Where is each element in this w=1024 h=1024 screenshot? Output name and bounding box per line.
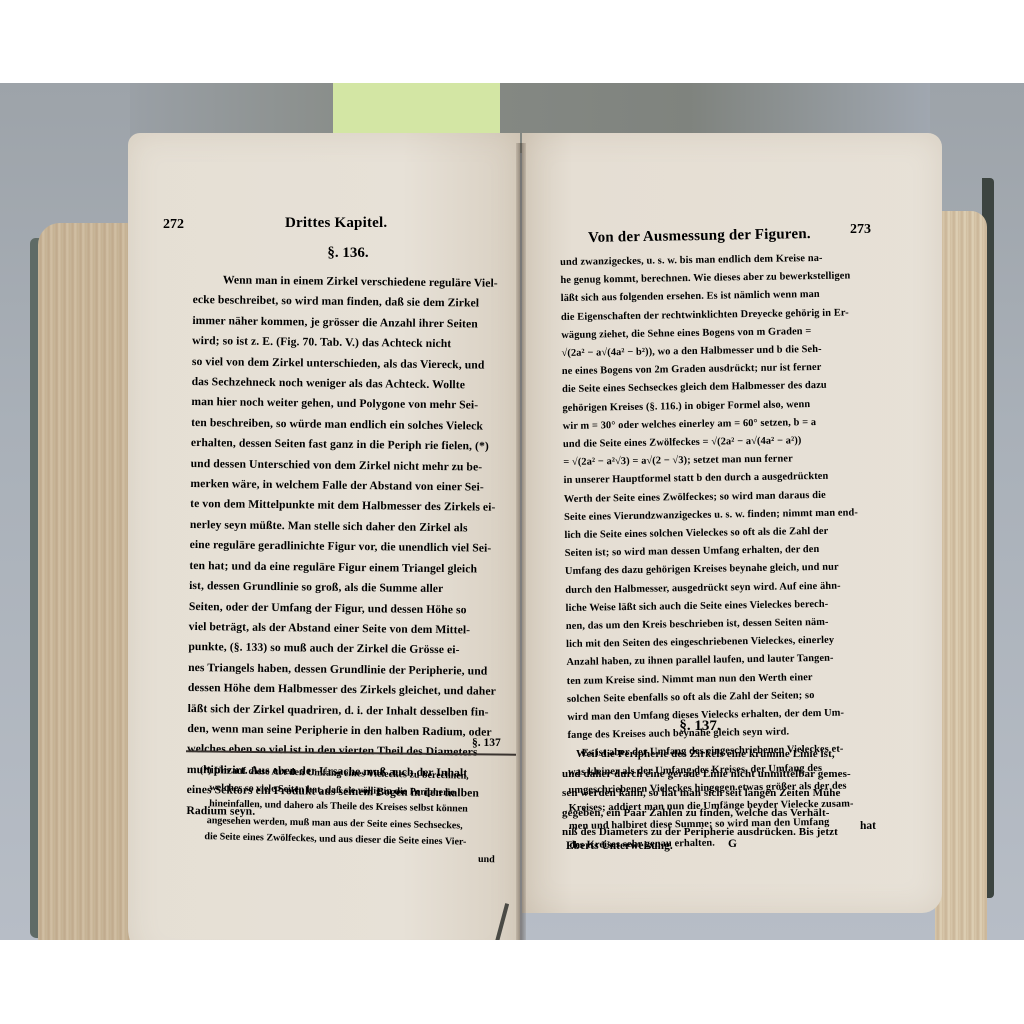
catchword-left: §. 137: [472, 737, 501, 749]
text-line: und daher durch eine gerade Linie nicht …: [562, 765, 851, 785]
footnote: (*) Um auf diese Art den Umfang eines Vi…: [198, 763, 497, 868]
signature-mark: G: [728, 838, 737, 850]
text-line: Weil die Peripherie des Zirkels eine kru…: [562, 745, 851, 765]
book-gutter: [516, 143, 526, 940]
section-heading-136: §. 136.: [318, 245, 378, 262]
text-line: sen werden kann, so hat man sich seit la…: [562, 784, 851, 804]
page-stack-right: [935, 211, 987, 940]
page-stack-left: [38, 223, 133, 940]
book-photo: [0, 83, 1024, 940]
page-number-left: 272: [163, 217, 184, 233]
catchword-right: hat: [860, 820, 876, 832]
right-section-text: Weil die Peripherie des Zirkels eine kru…: [562, 745, 851, 843]
running-head-left: Drittes Kapitel.: [285, 215, 387, 232]
page-number-right: 273: [850, 222, 871, 238]
signature-line: Eberts Unterweisung.: [566, 840, 673, 852]
text-line: gegeben, ein Paar Zahlen zu finden, welc…: [562, 804, 851, 824]
section-heading-137: §. 137.: [660, 718, 740, 735]
left-body-text: Wenn man in einem Zirkel verschiedene re…: [186, 270, 501, 825]
